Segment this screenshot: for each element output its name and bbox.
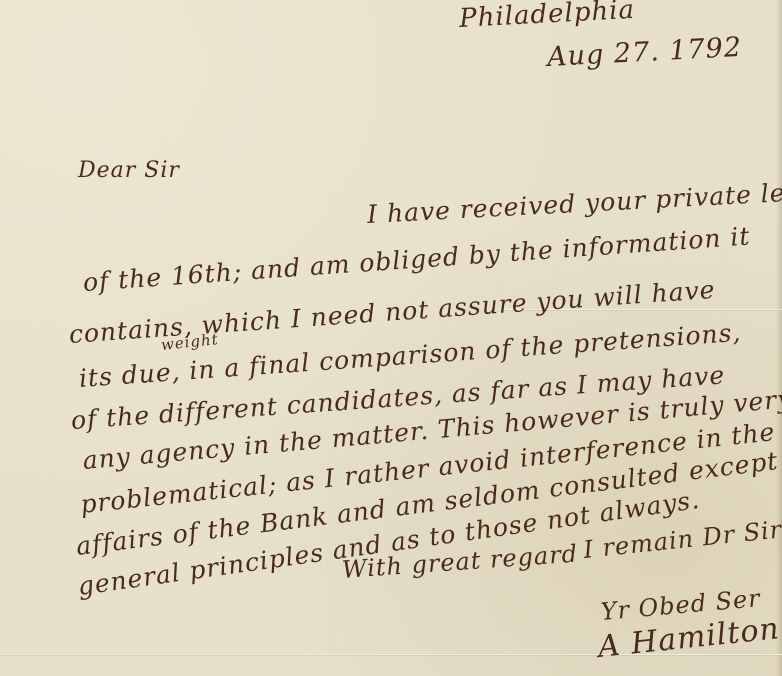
letter-date: Aug 27. 1792	[546, 32, 742, 73]
salutation: Dear Sir	[78, 158, 180, 183]
letter-place: Philadelphia	[458, 0, 635, 34]
body-line: I have received your private letter	[366, 175, 782, 229]
paper-edge	[776, 0, 782, 676]
letter-page: Philadelphia Aug 27. 1792 Dear Sir I hav…	[0, 0, 782, 676]
